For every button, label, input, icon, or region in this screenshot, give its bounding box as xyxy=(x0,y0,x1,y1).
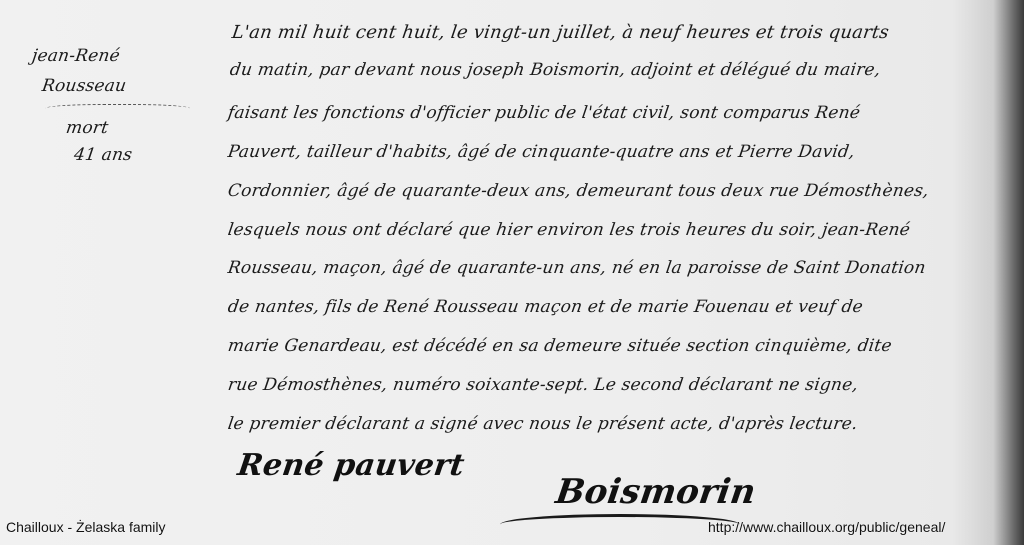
record-line-8: de nantes, fils de René Rousseau maçon e… xyxy=(227,297,865,317)
margin-note-line-3: mort xyxy=(65,120,110,137)
margin-note-line-4: 41 ans xyxy=(73,147,133,164)
signature-rene-pauvert: René pauvert xyxy=(236,448,467,483)
scanned-page: jean-René Rousseau mort 41 ans L'an mil … xyxy=(0,0,1024,545)
record-line-5: Cordonnier, âgé de quarante-deux ans, de… xyxy=(227,181,931,201)
record-line-6: lesquels nous ont déclaré que hier envir… xyxy=(227,220,912,240)
record-line-3: faisant les fonctions d'officier public … xyxy=(227,103,862,123)
footer-family-credit: Chailloux - Żelaska family xyxy=(6,519,166,535)
record-line-7: Rousseau, maçon, âgé de quarante-un ans,… xyxy=(227,258,927,278)
margin-note-brace xyxy=(45,104,190,115)
record-line-1: L'an mil huit cent huit, le vingt-un jui… xyxy=(231,22,891,43)
record-line-11: le premier déclarant a signé avec nous l… xyxy=(227,414,859,434)
record-line-2: du matin, par devant nous joseph Boismor… xyxy=(229,60,882,80)
record-line-4: Pauvert, tailleur d'habits, âgé de cinqu… xyxy=(227,142,856,162)
signature-flourish xyxy=(500,514,740,535)
signature-boismorin: Boismorin xyxy=(553,472,758,512)
footer-source-url[interactable]: http://www.chailloux.org/public/geneal/ xyxy=(708,519,945,535)
margin-note-line-1: jean-René xyxy=(31,48,121,65)
record-line-10: rue Démosthènes, numéro soixante-sept. L… xyxy=(227,375,860,395)
record-line-9: marie Genardeau, est décédé en sa demeur… xyxy=(227,336,893,356)
margin-note-line-2: Rousseau xyxy=(41,78,128,95)
